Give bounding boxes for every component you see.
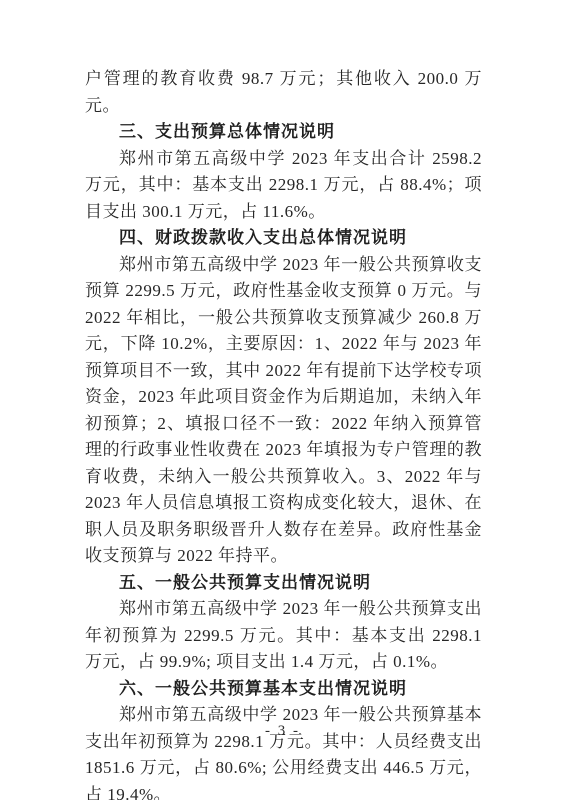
section-heading-4: 四、财政拨款收入支出总体情况说明 bbox=[85, 225, 482, 252]
section-heading-6: 六、一般公共预算基本支出情况说明 bbox=[85, 676, 482, 703]
body-paragraph-section-5: 郑州市第五高级中学 2023 年一般公共预算支出年初预算为 2299.5 万元。… bbox=[85, 596, 482, 676]
section-heading-5: 五、一般公共预算支出情况说明 bbox=[85, 570, 482, 597]
page-number: - 3 - bbox=[0, 723, 565, 740]
body-paragraph-section-6: 郑州市第五高级中学 2023 年一般公共预算基本支出年初预算为 2298.1 万… bbox=[85, 702, 482, 800]
body-paragraph-section-3: 郑州市第五高级中学 2023 年支出合计 2598.2 万元，其中：基本支出 2… bbox=[85, 146, 482, 226]
body-paragraph-continuation: 户管理的教育收费 98.7 万元；其他收入 200.0 万元。 bbox=[85, 66, 482, 119]
document-page: 户管理的教育收费 98.7 万元；其他收入 200.0 万元。 三、支出预算总体… bbox=[0, 0, 565, 800]
section-heading-3: 三、支出预算总体情况说明 bbox=[85, 119, 482, 146]
body-paragraph-section-4: 郑州市第五高级中学 2023 年一般公共预算收支预算 2299.5 万元，政府性… bbox=[85, 252, 482, 570]
document-body: 户管理的教育收费 98.7 万元；其他收入 200.0 万元。 三、支出预算总体… bbox=[85, 66, 482, 800]
